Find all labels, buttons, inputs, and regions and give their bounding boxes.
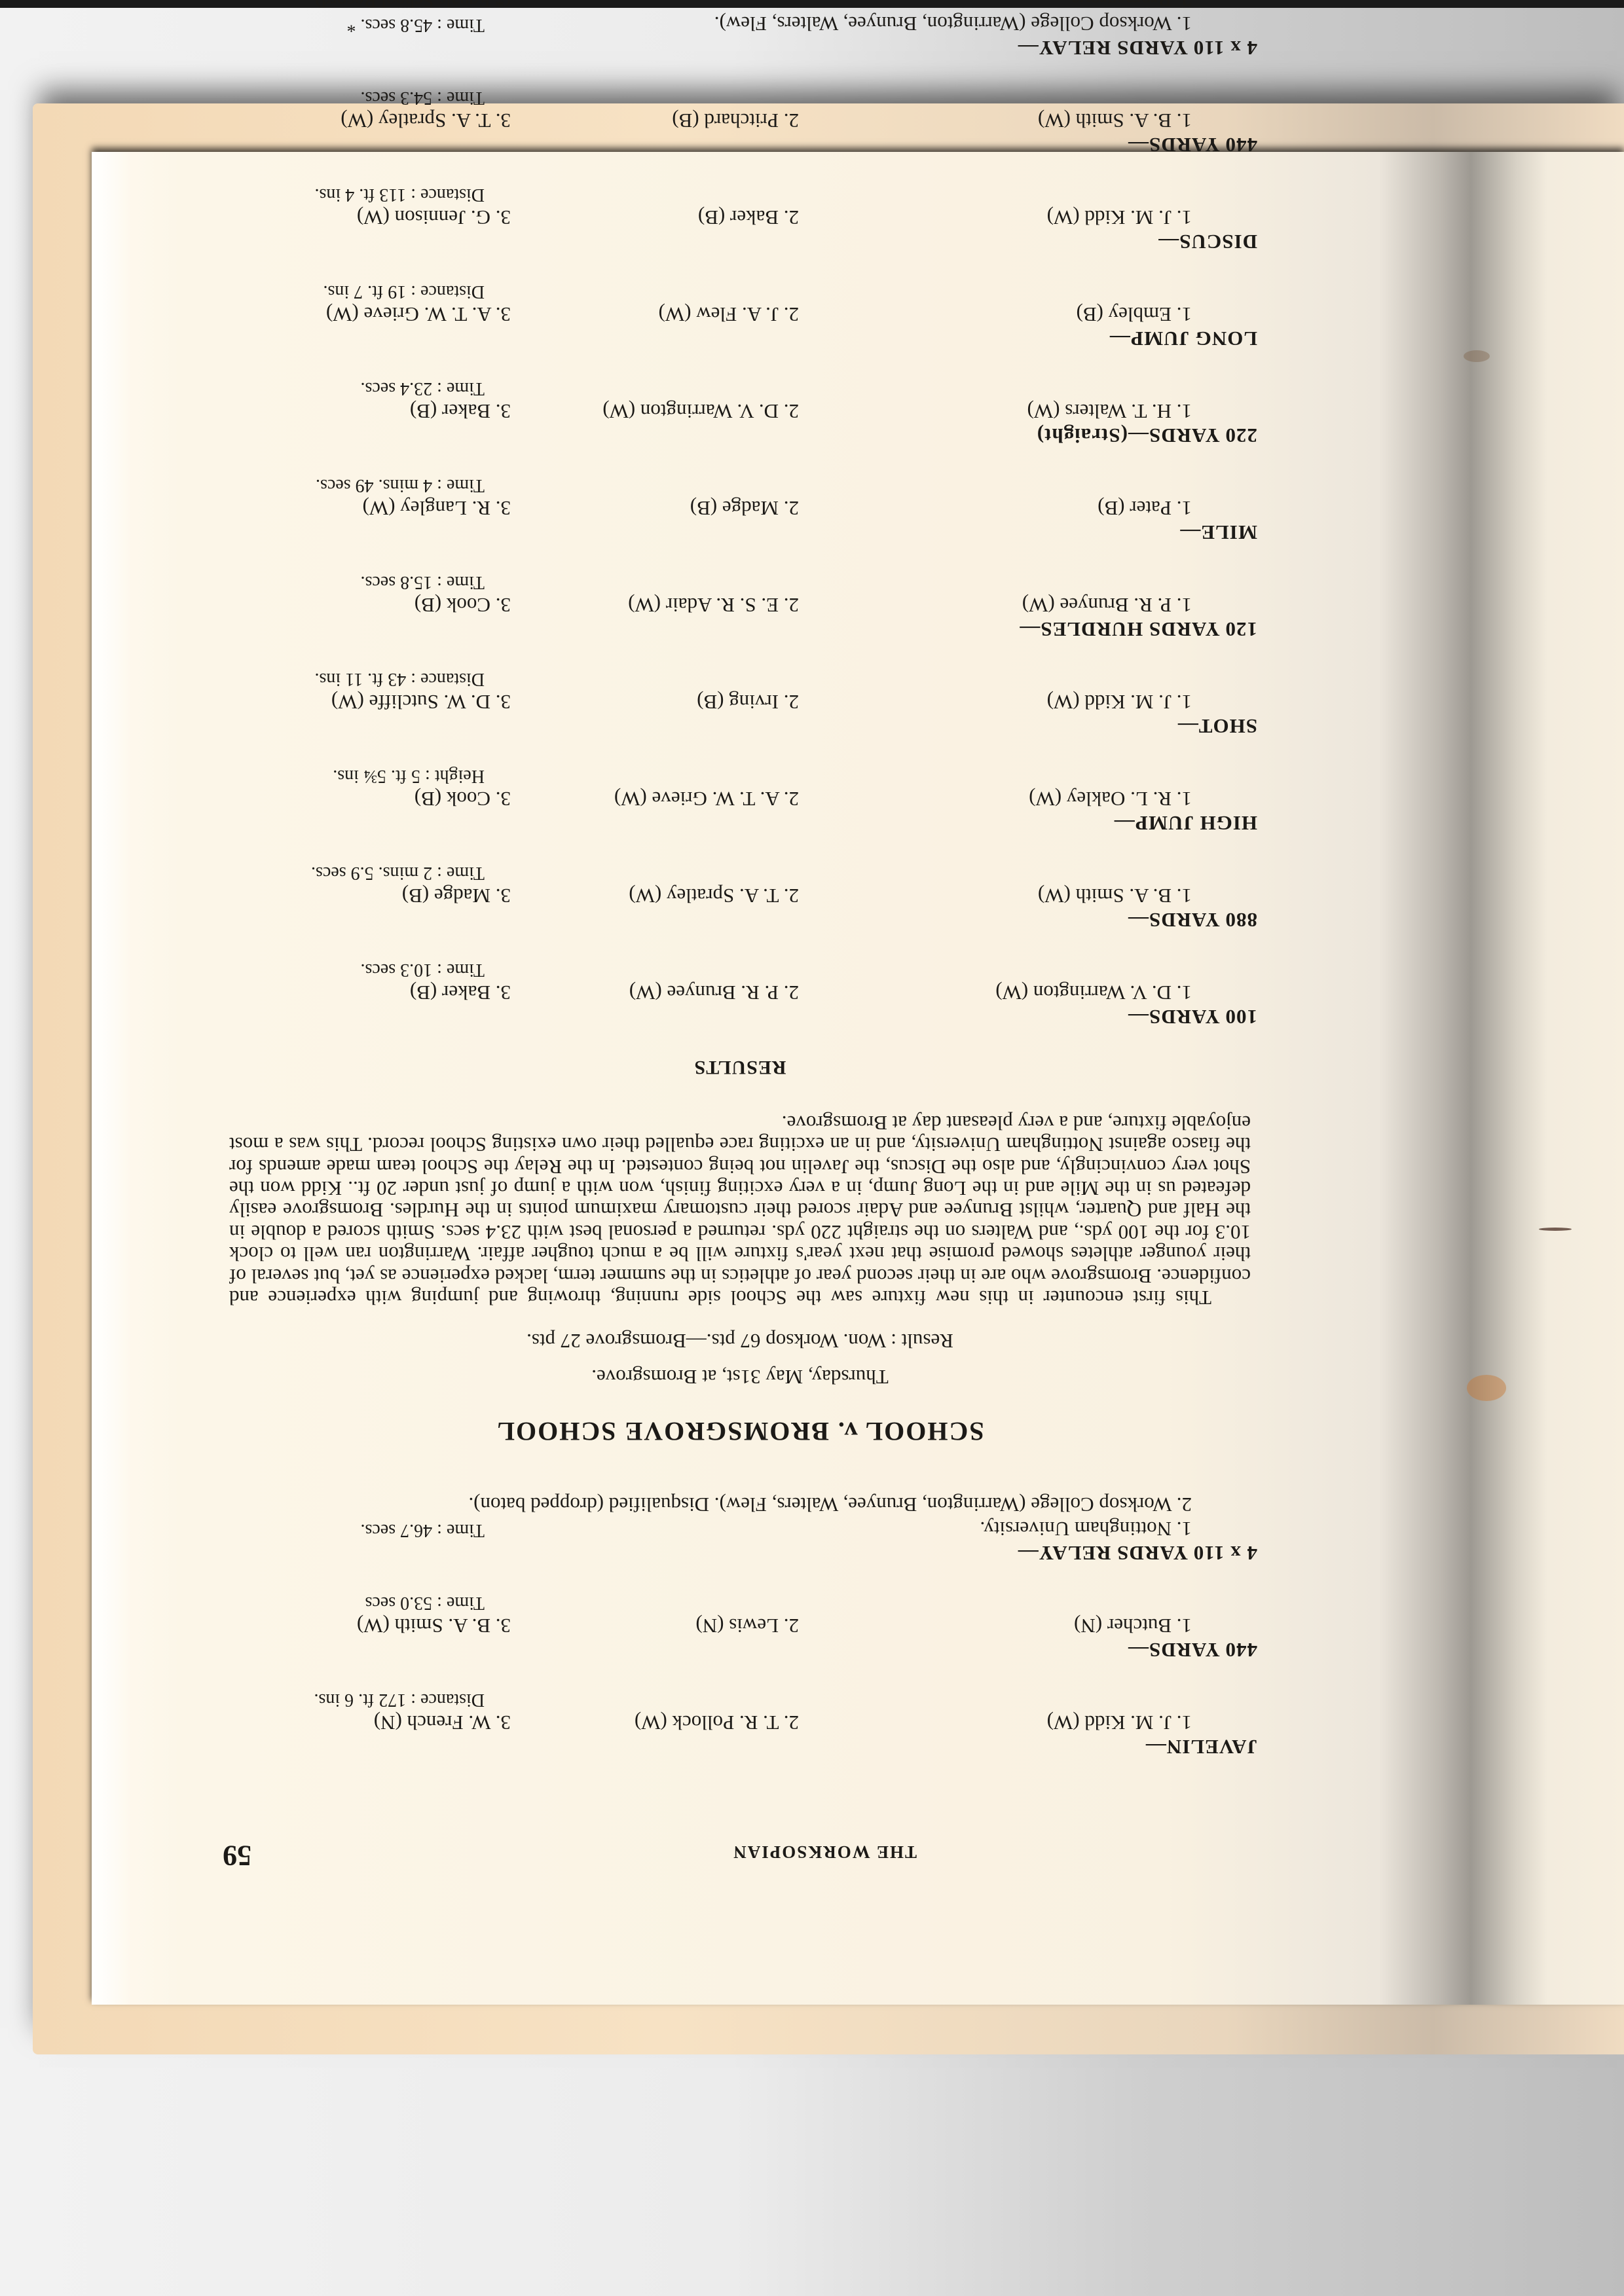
place-third: 3. R. Langley (W) <box>223 496 511 520</box>
place-second: 2. Pritchard (B) <box>511 109 799 133</box>
event-performance: Distance : 19 ft. 7 ins. <box>223 280 511 302</box>
place-third: 3. Madge (B) <box>223 884 511 908</box>
relay-performance: Time : 45.8 secs. * <box>223 12 511 36</box>
event-performance: Time : 4 mins. 49 secs. <box>223 474 511 496</box>
place-second: 2. P. R. Brunyee (W) <box>511 981 799 1005</box>
event-name: LONG JUMP— <box>223 327 1257 351</box>
relay-second: 2. Bromsgrove <box>511 0 1192 12</box>
event-relay-bromsgrove: 4 x 110 YARDS RELAY— 1. Worksop College … <box>223 0 1257 60</box>
place-third: 3. W. French (N) <box>223 1711 511 1735</box>
place-second: 2. T. R. Pollock (W) <box>511 1711 799 1735</box>
place-second: 2. Madge (B) <box>511 496 799 520</box>
event-name: MILE— <box>223 520 1257 545</box>
event-name: JAVELIN— <box>223 1735 1257 1759</box>
place-third: 3. B. A. Smith (W) <box>223 1614 511 1638</box>
event-performance: Distance : 43 ft. 11 ins. <box>223 668 511 690</box>
place-third: 3. G. Jennison (W) <box>223 206 511 230</box>
event-performance: Time : 10.3 secs. <box>223 958 511 981</box>
relay-second: 2. Worksop College (Warrington, Brunyee,… <box>223 1493 1192 1517</box>
event-name: SHOT— <box>223 714 1257 738</box>
place-second: 2. Lewis (N) <box>511 1614 799 1638</box>
event-440-yards: 440 YARDS— 1. Butcher (N) 2. Lewis (N) 3… <box>223 1592 1257 1662</box>
event-100-yards: 100 YARDS— 1. D. V. Warrington (W) 2. P.… <box>223 958 1257 1029</box>
place-third: 3. Cook (B) <box>223 787 511 811</box>
event-performance: Height : 5 ft. 5¾ ins. <box>223 765 511 787</box>
relay-first: 1. Nottingham University. <box>511 1517 1192 1541</box>
event-name: 4 x 110 YARDS RELAY— <box>223 1541 1257 1565</box>
event-performance: Time : 2 mins. 5.9 secs. <box>223 862 511 884</box>
event-name: 440 YARDS— <box>223 133 1257 157</box>
relay-performance: Time : 46.7 secs. <box>223 1517 511 1541</box>
place-third: 3. D. W. Sutcliffe (W) <box>223 690 511 714</box>
event-220-yards-straight: 220 YARDS—(Straight) 1. H. T. Walters (W… <box>223 377 1257 448</box>
place-third: 3. Baker (B) <box>223 399 511 424</box>
place-first: 1. Pater (B) <box>799 496 1192 520</box>
event-name: 220 YARDS—(Straight) <box>223 424 1257 448</box>
event-120-yards-hurdles: 120 YARDS HURDLES— 1. P. R. Brunyee (W) … <box>223 571 1257 642</box>
event-performance: Distance : 172 ft. 6 ins. <box>223 1688 511 1711</box>
school-record-footnote: (* Equals School Record). <box>223 0 511 12</box>
event-440-yards-bromsgrove: 440 YARDS— 1. B. A. Smith (W) 2. Pritcha… <box>223 86 1257 157</box>
place-second: 2. Irving (B) <box>511 690 799 714</box>
page-content-rotated: THE WORKSOPIAN 59 JAVELIN— 1. J. M. Kidd… <box>223 347 1257 1872</box>
place-first: 1. Embley (B) <box>799 302 1192 327</box>
running-head-title: THE WORKSOPIAN <box>732 1842 917 1863</box>
event-name: 120 YARDS HURDLES— <box>223 617 1257 642</box>
event-name: 4 x 110 YARDS RELAY— <box>223 36 1257 60</box>
event-long-jump: LONG JUMP— 1. Embley (B) 2. J. A. Flew (… <box>223 280 1257 351</box>
place-first: 1. B. A. Smith (W) <box>799 109 1192 133</box>
place-second: 2. E. S. R. Adair (W) <box>511 593 799 617</box>
place-first: 1. J. M. Kidd (W) <box>799 1711 1192 1735</box>
event-name: 440 YARDS— <box>223 1638 1257 1662</box>
event-name: DISCUS— <box>223 230 1257 254</box>
event-shot: SHOT— 1. J. M. Kidd (W) 2. Irving (B) 3.… <box>223 668 1257 738</box>
place-third: 3. T. A. Spratley (W) <box>223 109 511 133</box>
page-stain <box>1464 350 1490 362</box>
event-performance: Time : 23.4 secs. <box>223 377 511 399</box>
page-stain <box>1467 1375 1506 1401</box>
place-second: 2. D. V. Warrington (W) <box>511 399 799 424</box>
event-name: 880 YARDS— <box>223 908 1257 932</box>
place-first: 1. D. V. Warrington (W) <box>799 981 1192 1005</box>
fixture-date-venue: Thursday, May 31st, at Bromsgrove. <box>223 1365 1257 1389</box>
place-second: 2. J. A. Flew (W) <box>511 302 799 327</box>
place-second: 2. A. T. W. Grieve (W) <box>511 787 799 811</box>
event-performance: Time : 15.8 secs. <box>223 571 511 593</box>
place-first: 1. B. A. Smith (W) <box>799 884 1192 908</box>
event-name: HIGH JUMP— <box>223 811 1257 835</box>
place-first: 1. J. M. Kidd (W) <box>799 206 1192 230</box>
event-performance: Time : 54.3 secs. <box>223 86 511 109</box>
place-first: 1. P. R. Brunyee (W) <box>799 593 1192 617</box>
event-high-jump: HIGH JUMP— 1. R. L. Oakley (W) 2. A. T. … <box>223 765 1257 835</box>
place-first: 1. H. T. Walters (W) <box>799 399 1192 424</box>
event-performance: Time : 53.0 secs <box>223 1592 511 1614</box>
results-heading: RESULTS <box>223 1055 1257 1079</box>
place-first: 1. J. M. Kidd (W) <box>799 690 1192 714</box>
place-first: 1. R. L. Oakley (W) <box>799 787 1192 811</box>
event-880-yards: 880 YARDS— 1. B. A. Smith (W) 2. T. A. S… <box>223 862 1257 932</box>
fixture-title: SCHOOL v. BROMSGROVE SCHOOL <box>223 1415 1257 1447</box>
place-first: 1. Butcher (N) <box>799 1614 1192 1638</box>
place-second: 2. T. A. Spratley (W) <box>511 884 799 908</box>
running-head: THE WORKSOPIAN 59 <box>223 1838 1257 1872</box>
event-performance: Distance : 113 ft. 4 ins. <box>223 183 511 206</box>
event-discus: DISCUS— 1. J. M. Kidd (W) 2. Baker (B) 3… <box>223 183 1257 254</box>
event-javelin: JAVELIN— 1. J. M. Kidd (W) 2. T. R. Poll… <box>223 1688 1257 1759</box>
place-third: 3. A. T. W. Grieve (W) <box>223 302 511 327</box>
page-edge-highlight <box>92 152 131 2005</box>
page-speck <box>1539 1228 1572 1231</box>
fixture-result: Result : Won. Worksop 67 pts.—Bromsgrove… <box>223 1328 1257 1353</box>
relay-first: 1. Worksop College (Warrington, Brunyee,… <box>511 12 1192 36</box>
event-relay: 4 x 110 YARDS RELAY— 1. Nottingham Unive… <box>223 1493 1257 1566</box>
place-second: 2. Baker (B) <box>511 206 799 230</box>
fixture-report: This first encounter in this new fixture… <box>229 1112 1251 1309</box>
place-third: 3. Cook (B) <box>223 593 511 617</box>
place-third: 3. Baker (B) <box>223 981 511 1005</box>
event-mile: MILE— 1. Pater (B) 2. Madge (B) 3. R. La… <box>223 474 1257 545</box>
page-number: 59 <box>223 1838 251 1872</box>
event-name: 100 YARDS— <box>223 1005 1257 1029</box>
